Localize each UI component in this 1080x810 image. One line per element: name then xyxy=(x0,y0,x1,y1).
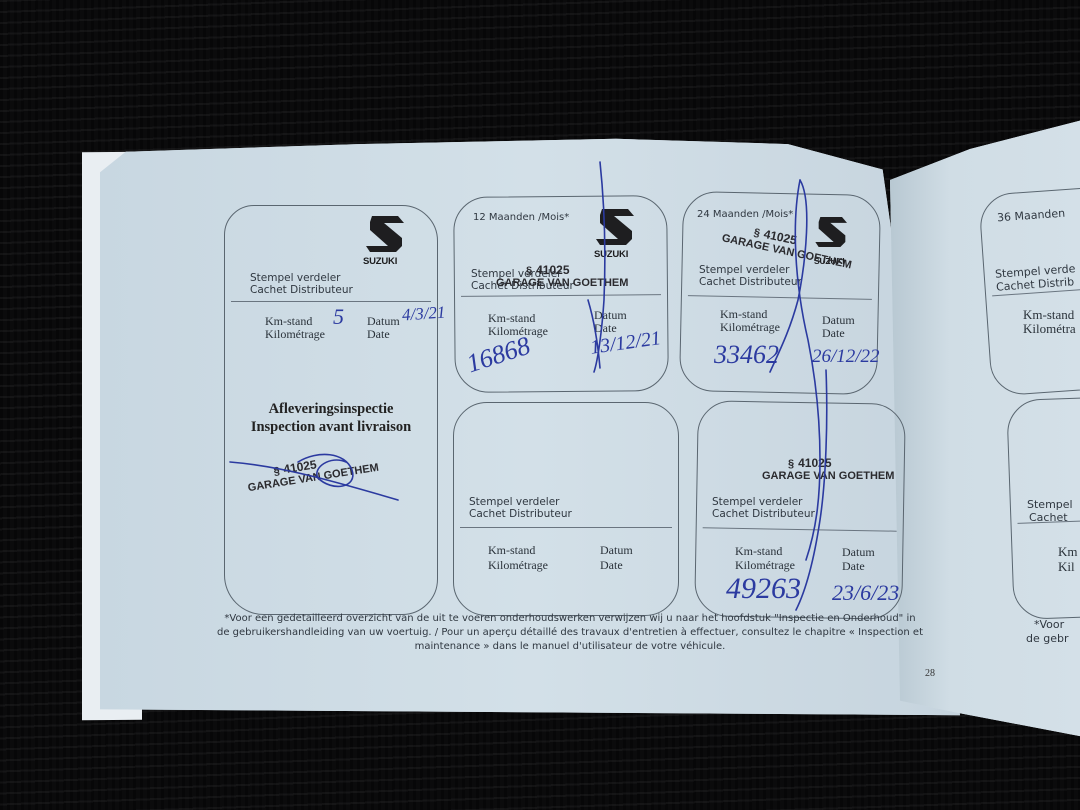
delivery-heading-nl: Afleveringsinspectie xyxy=(226,400,436,418)
handwritten-date: 26/12/22 xyxy=(812,346,880,368)
divider xyxy=(460,527,672,528)
stamp-label-fr: Cachet Distributeur xyxy=(469,508,572,521)
delivery-heading-fr: Inspection avant livraison xyxy=(226,418,436,436)
stamp-label-fr: Cachet xyxy=(1029,511,1068,524)
km-label-fr: Kilométrage xyxy=(265,327,325,342)
dealer-stamp: §41025 GARAGE VAN GOETHEM xyxy=(762,456,894,482)
stamp-name: GARAGE VAN GOETHEM xyxy=(496,277,628,289)
divider xyxy=(231,301,431,302)
km-label-fr: Kil xyxy=(1058,559,1075,574)
handwritten-date: 4/3/21 xyxy=(401,303,446,326)
footnote-line-2: de gebruikershandleiding van uw voertuig… xyxy=(195,626,945,640)
stamp-s-icon: § xyxy=(526,265,532,277)
km-label-nl: Km-stand xyxy=(735,544,782,559)
km-label-fr: Kilométrage xyxy=(488,558,548,573)
stamp-label-fr: Cachet Distributeur xyxy=(250,284,353,297)
stamp-name: GARAGE VAN GOETHEM xyxy=(762,470,894,482)
box-title: 24 Maanden /Mois* xyxy=(697,209,793,220)
handwritten-km: 5 xyxy=(333,304,344,330)
dealer-stamp: §41025 GARAGE VAN GOETHEM xyxy=(496,263,628,289)
date-label-fr: Date xyxy=(842,559,865,574)
date-label-fr: Date xyxy=(600,558,623,573)
km-label-fr: Kilométra xyxy=(1023,321,1076,336)
km-label-nl: Km-stand xyxy=(1023,307,1074,322)
divider xyxy=(461,294,661,297)
divider xyxy=(688,295,872,300)
box-title: 12 Maanden /Mois* xyxy=(473,212,569,223)
km-label-fr: Kilométrage xyxy=(735,558,795,573)
handwritten-km: 33462 xyxy=(714,340,779,370)
footnote-line-1: *Voor een gedetailleerd overzicht van de… xyxy=(195,612,945,626)
km-label-fr: Kilométrage xyxy=(720,320,780,335)
handwritten-date: 23/6/23 xyxy=(832,580,899,606)
stamp-s-icon: § xyxy=(273,465,281,478)
delivery-heading: Afleveringsinspectie Inspection avant li… xyxy=(226,400,436,436)
handwritten-km: 49263 xyxy=(726,572,801,606)
footnote-line-3: maintenance » dans le manuel d'utilisate… xyxy=(195,640,945,654)
date-label-nl: Datum xyxy=(842,545,875,560)
divider xyxy=(703,527,897,531)
right-footnote-line-1: *Voor xyxy=(1034,618,1064,631)
date-label-fr: Date xyxy=(822,326,845,341)
suzuki-logo-text: SUZUKI xyxy=(594,249,628,260)
suzuki-logo-text: SUZUKI xyxy=(363,256,397,267)
suzuki-logo-icon xyxy=(592,203,640,251)
km-label-nl: Km xyxy=(1058,544,1078,559)
stamp-s-icon: § xyxy=(788,458,794,470)
stamp-code: 41025 xyxy=(798,456,831,470)
stamp-label-fr: Cachet Distributeur xyxy=(699,276,802,289)
suzuki-logo-icon xyxy=(362,210,410,258)
stamp-label-nl: Stempel xyxy=(1027,498,1073,511)
stamp-label-fr: Cachet Distributeur xyxy=(712,508,815,521)
right-footnote-line-2: de gebr xyxy=(1026,632,1069,645)
km-label-nl: Km-stand xyxy=(488,543,535,558)
booklet-photo: SUZUKI Stempel verdeler Cachet Distribut… xyxy=(0,0,1080,810)
footnote: *Voor een gedetailleerd overzicht van de… xyxy=(195,612,945,654)
page-number: 28 xyxy=(925,668,935,679)
date-label-fr: Date xyxy=(367,327,390,342)
stamp-code: 41025 xyxy=(536,263,569,277)
date-label-nl: Datum xyxy=(600,543,633,558)
